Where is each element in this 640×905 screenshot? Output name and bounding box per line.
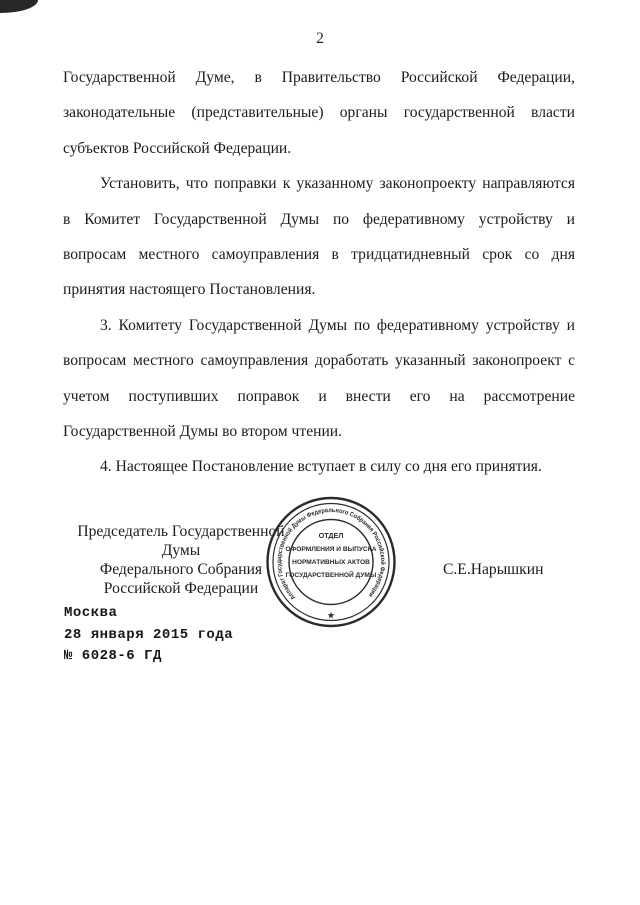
stamp-ring-text: Аппарат Государственной Думы Федеральног… (276, 507, 387, 601)
body-line: учетом поступивших поправок и внести его… (63, 379, 575, 414)
body-line: 4. Настоящее Постановление вступает в си… (63, 449, 575, 484)
body-line: принятия настоящего Постановления. (63, 272, 575, 307)
page-number: 2 (0, 30, 640, 48)
footer-place: Москва (64, 603, 233, 625)
document-body: Государственной Думе, в Правительство Ро… (63, 60, 575, 485)
body-line: вопросам местного самоуправления доработ… (63, 343, 575, 378)
body-line: вопросам местного самоуправления в тридц… (63, 237, 575, 272)
body-line: Государственной Думе, в Правительство Ро… (63, 60, 575, 95)
official-stamp: Аппарат Государственной Думы Федеральног… (261, 492, 401, 632)
body-line: законодательные (представительные) орган… (63, 95, 575, 130)
body-line: Установить, что поправки к указанному за… (63, 166, 575, 201)
stamp-seal: Аппарат Государственной Думы Федеральног… (261, 492, 401, 632)
body-line: 3. Комитету Государственной Думы по феде… (63, 308, 575, 343)
body-line: субъектов Российской Федерации. (63, 131, 575, 166)
stamp-star-icon: ★ (327, 611, 335, 620)
footer-date: 28 января 2015 года (64, 625, 233, 647)
svg-text:Аппарат Государственной Думы Ф: Аппарат Государственной Думы Федеральног… (276, 507, 387, 601)
stamp-center-text: НОРМАТИВНЫХ АКТОВ (292, 559, 370, 566)
scan-corner-artifact (0, 0, 38, 13)
footer-block: Москва 28 января 2015 года № 6028-6 ГД (64, 603, 233, 668)
stamp-center-text: ОТДЕЛ (319, 531, 344, 540)
stamp-center-text: ОФОРМЛЕНИЯ И ВЫПУСКА (286, 546, 377, 553)
body-line: Государственной Думы во втором чтении. (63, 414, 575, 449)
signatory-name: С.Е.Нарышкин (443, 560, 543, 580)
body-line: в Комитет Государственной Думы по федера… (63, 202, 575, 237)
stamp-center-text: ГОСУДАРСТВЕННОЙ ДУМЫ (286, 570, 377, 579)
footer-number: № 6028-6 ГД (64, 646, 233, 668)
